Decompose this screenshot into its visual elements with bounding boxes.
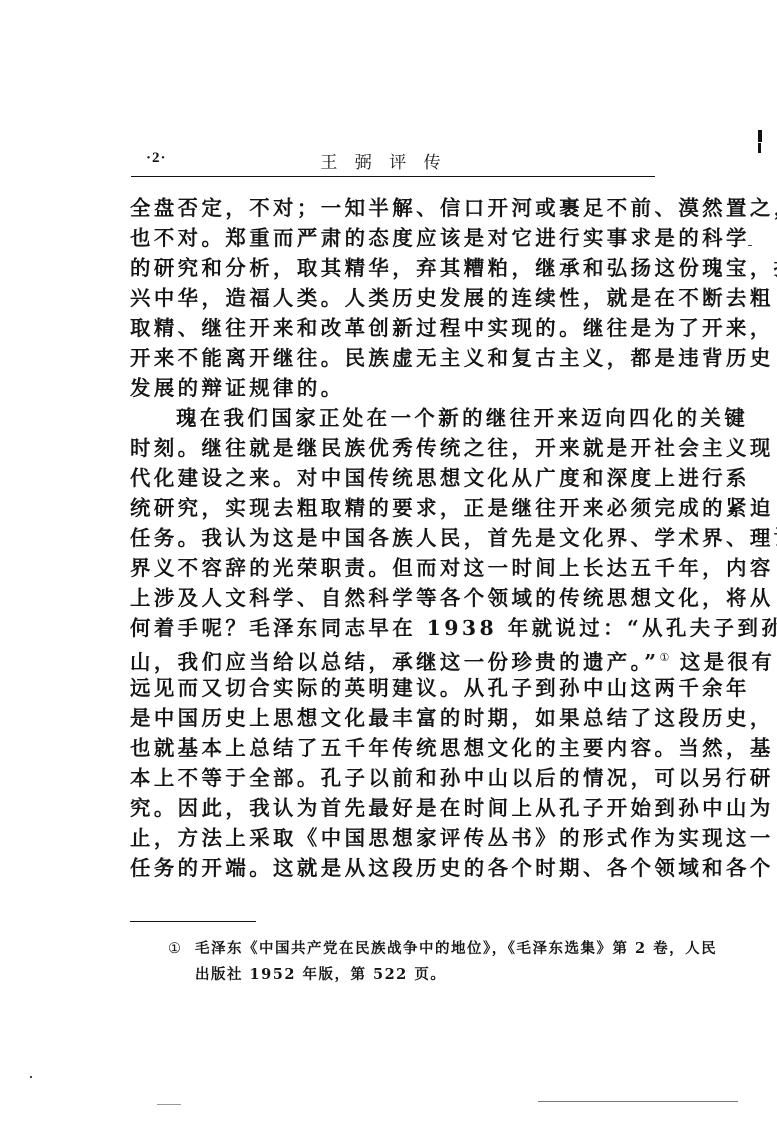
text-line: 兴中华，造福人类。人类历史发展的连续性，就是在不断去粗 xyxy=(130,283,657,313)
scan-artifact xyxy=(758,130,762,142)
text-line-with-footnote-ref: 山，我们应当给以总结，承继这一份珍贵的遗产。”① 这是很有 xyxy=(130,643,657,673)
text-line: 也就基本上总结了五千年传统思想文化的主要内容。当然，基 xyxy=(130,733,657,763)
footnote-line: ①毛泽东《中国共产党在民族战争中的地位》，《毛泽东选集》第 2 卷，人民 xyxy=(168,936,668,962)
footnote-reference[interactable]: ① xyxy=(659,651,669,664)
text-line: 发展的辩证规律的。 xyxy=(130,373,657,403)
text-line: 时刻。继往就是继民族优秀传统之往，开来就是开社会主义现 xyxy=(130,433,657,463)
scan-artifact xyxy=(157,1104,181,1105)
running-title-text: 王 弼 评 传 xyxy=(320,148,446,173)
text-line: 上涉及人文科学、自然科学等各个领域的传统思想文化，将从 xyxy=(130,583,657,613)
paragraph-start-line: 瑰在我们国家正处在一个新的继往开来迈向四化的关键 xyxy=(130,403,657,433)
footnote-separator xyxy=(130,921,256,922)
text-line: 究。因此，我认为首先最好是在时间上从孔子开始到孙中山为 xyxy=(130,793,657,823)
scan-artifact xyxy=(758,143,761,153)
scan-artifact xyxy=(748,245,752,246)
scan-artifact xyxy=(538,1101,738,1102)
text-segment: 山，我们应当给以总结，承继这一份珍贵的遗产。” xyxy=(130,650,659,674)
body-text: 全盘否定，不对；一知半解、信口开河或裹足不前、漠然置之， 也不对。郑重而严肃的态… xyxy=(130,193,657,883)
text-line: 本上不等于全部。孔子以前和孙中山以后的情况，可以另行研 xyxy=(130,763,657,793)
text-line: 取精、继往开来和改革创新过程中实现的。继往是为了开来， xyxy=(130,313,657,343)
text-line: 界义不容辞的光荣职责。但而对这一时间上长达五千年，内容 xyxy=(130,553,657,583)
footnote: ①毛泽东《中国共产党在民族战争中的地位》，《毛泽东选集》第 2 卷，人民 出版社… xyxy=(168,936,668,988)
text-line: 统研究，实现去粗取精的要求，正是继往开来必须完成的紧迫 xyxy=(130,493,657,523)
text-line: 代化建设之来。对中国传统思想文化从广度和深度上进行系 xyxy=(130,463,657,493)
text-line: 开来不能离开继往。民族虚无主义和复古主义，都是违背历史 xyxy=(130,343,657,373)
footnote-text: 毛泽东《中国共产党在民族战争中的地位》，《毛泽东选集》第 2 卷，人民 xyxy=(195,940,717,957)
footnote-marker: ① xyxy=(168,936,195,962)
text-line: 任务。我认为这是中国各族人民，首先是文化界、学术界、理论 xyxy=(130,523,657,553)
text-line: 也不对。郑重而严肃的态度应该是对它进行实事求是的科学 xyxy=(130,223,657,253)
text-line: 任务的开端。这就是从这段历史的各个时期、各个领域和各个 xyxy=(130,853,657,883)
text-line: 止，方法上采取《中国思想家评传丛书》的形式作为实现这一 xyxy=(130,823,657,853)
scan-artifact xyxy=(30,1076,32,1078)
text-segment: 这是很有 xyxy=(669,650,775,674)
text-line: 远见而又切合实际的英明建议。从孔子到孙中山这两千余年 xyxy=(130,673,657,703)
footnote-line: 出版社 1952 年版，第 522 页。 xyxy=(168,962,668,988)
text-line: 何着手呢？毛泽东同志早在 1938 年就说过：“从孔夫子到孙中 xyxy=(130,613,657,643)
text-line: 的研究和分析，取其精华，弃其糟粕，继承和弘扬这份瑰宝，振 xyxy=(130,253,657,283)
text-line: 全盘否定，不对；一知半解、信口开河或裹足不前、漠然置之， xyxy=(130,193,657,223)
running-title: 王 弼 评 传 xyxy=(0,148,777,173)
text-line: 是中国历史上思想文化最丰富的时期，如果总结了这段历史， xyxy=(130,703,657,733)
header-rule xyxy=(131,176,655,177)
